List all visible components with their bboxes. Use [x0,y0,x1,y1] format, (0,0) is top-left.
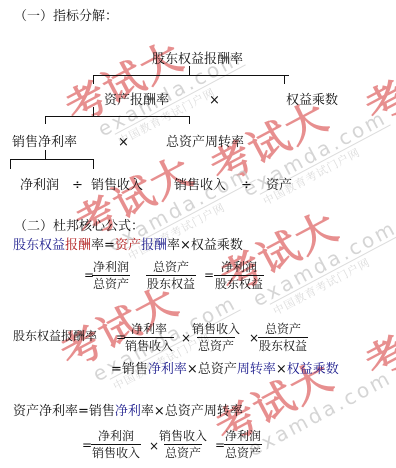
tree-connector [284,75,285,84]
tree-net-profit: 净利润 [20,178,59,193]
tree-connector [93,107,94,116]
tree-divide: ÷ [241,178,252,193]
tree-connector [10,159,94,160]
fraction: 净利润 总资产 [92,260,130,291]
fraction: 销售收入 总资产 [158,429,208,460]
tree-connector [189,66,190,75]
tree-root: 股东权益报酬率 [152,52,243,67]
tree-divide: ÷ [72,178,83,193]
fraction: 净利率 销售收入 [124,322,174,353]
tree-connector [45,116,190,117]
tree-multiply: × [209,93,220,108]
tree-connector [93,159,94,169]
tree-asset-return: 资产报酬率 [104,93,169,108]
tree-connector [93,75,94,84]
fraction: 销售收入 总资产 [191,322,241,353]
watermark: 考试大 examda.com [360,267,396,403]
tree-multiply: × [118,135,129,150]
watermark: 考试大 examda.com 中国教育考试门户网 [215,182,396,333]
watermark: 考试大 examda.com [360,12,396,148]
formula2-line2: =销售净利率×总资产周转率×权益乘数 [111,362,339,377]
formula3-line1: 资产净利率=销售净利率×总资产周转率 [13,404,243,419]
tree-connector [10,159,11,169]
tree-connector [93,75,289,76]
tree-connector [45,150,46,159]
tree-sales-revenue: 销售收入 [91,178,143,193]
fraction: 净利润 股东权益 [214,260,264,291]
tree-assets: 资产 [266,178,292,193]
section2-heading: （二）杜邦核心公式： [14,219,144,234]
fraction: 总资产 股东权益 [146,260,196,291]
formula1-line1: 股东权益报酬率=资产报酬率×权益乘数 [13,238,243,253]
fraction: 净利润 总资产 [224,429,262,460]
tree-net-profit-margin: 销售净利率 [12,135,77,150]
tree-equity-multiplier: 权益乘数 [286,93,338,108]
tree-asset-turnover: 总资产周转率 [166,135,244,150]
tree-connector [45,116,46,124]
fraction: 总资产 股东权益 [258,322,308,353]
fraction: 净利润 销售收入 [91,429,141,460]
tree-connector [189,116,190,124]
formula2-lhs: 股东权益报酬率 [13,329,97,343]
section1-heading: （一）指标分解： [14,9,118,24]
tree-sales-revenue: 销售收入 [174,178,226,193]
